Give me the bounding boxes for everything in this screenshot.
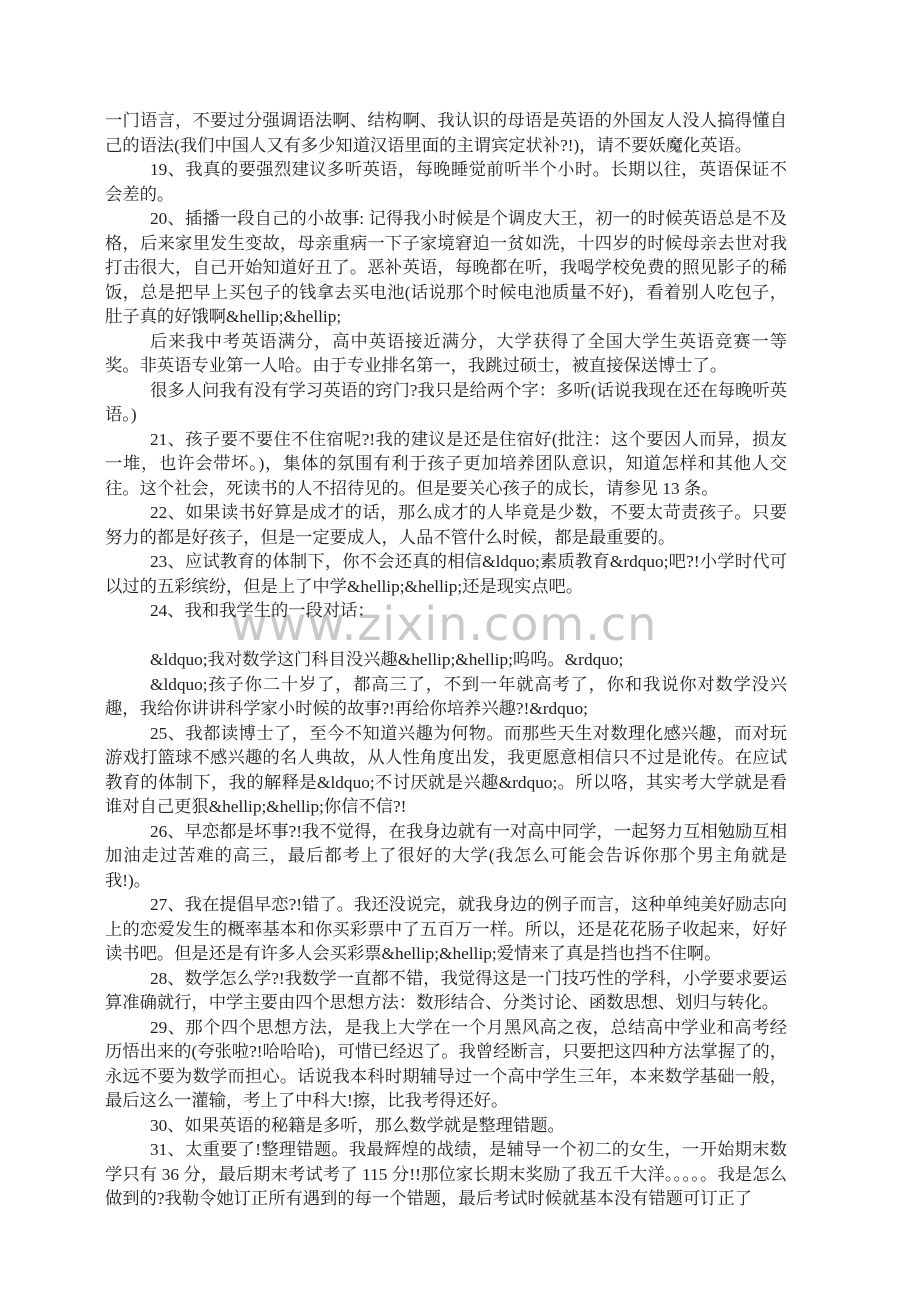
paragraph: 28、数学怎么学?!我数学一直都不错，我觉得这是一门技巧性的学科，小学要求要运算… [105,967,787,1016]
paragraph: 30、如果英语的秘籍是多听，那么数学就是整理错题。 [105,1114,787,1139]
paragraph: 19、我真的要强烈建议多听英语，每晚睡觉前听半个小时。长期以往，英语保证不会差的… [105,158,787,207]
paragraph: 21、孩子要不要住不住宿呢?!我的建议是还是住宿好(批注：这个要因人而异，损友一… [105,428,787,502]
paragraph: 23、应试教育的体制下，你不会还真的相信&ldquo;素质教育&rdquo;吧?… [105,550,787,599]
paragraph: 31、太重要了!整理错题。我最辉煌的战绩，是辅导一个初二的女生，一开始期末数学只… [105,1138,787,1212]
paragraph: 25、我都读博士了，至今不知道兴趣为何物。而那些天生对数理化感兴趣，而对玩游戏打… [105,722,787,820]
paragraph-spacer [105,624,787,649]
document-body: 一门语言，不要过分强调语法啊、结构啊、我认识的母语是英语的外国友人没人搞得懂自己… [105,109,787,1212]
paragraph: 后来我中考英语满分，高中英语接近满分，大学获得了全国大学生英语竞赛一等奖。非英语… [105,330,787,379]
paragraph: 20、插播一段自己的小故事: 记得我小时候是个调皮大王，初一的时候英语总是不及格… [105,207,787,330]
paragraph: &ldquo;孩子你二十岁了，都高三了，不到一年就高考了，你和我说你对数学没兴趣… [105,673,787,722]
paragraph: 24、我和我学生的一段对话： [105,599,787,624]
paragraph: 29、那个四个思想方法，是我上大学在一个月黑风高之夜，总结高中学业和高考经历悟出… [105,1016,787,1114]
paragraph: 27、我在提倡早恋?!错了。我还没说完，就我身边的例子而言，这种单纯美好励志向上… [105,893,787,967]
paragraph: &ldquo;我对数学这门科目没兴趣&hellip;&hellip;呜呜。&rd… [105,648,787,673]
paragraph: 很多人问我有没有学习英语的窍门?我只是给两个字：多听(话说我现在还在每晚听英语。… [105,379,787,428]
document-page: www.zixin.com.cn 一门语言，不要过分强调语法啊、结构啊、我认识的… [0,0,920,1302]
paragraph: 一门语言，不要过分强调语法啊、结构啊、我认识的母语是英语的外国友人没人搞得懂自己… [105,109,787,158]
paragraph: 26、早恋都是坏事?!我不觉得，在我身边就有一对高中同学，一起努力互相勉励互相加… [105,820,787,894]
paragraph: 22、如果读书好算是成才的话，那么成才的人毕竟是少数，不要太苛责孩子。只要努力的… [105,501,787,550]
